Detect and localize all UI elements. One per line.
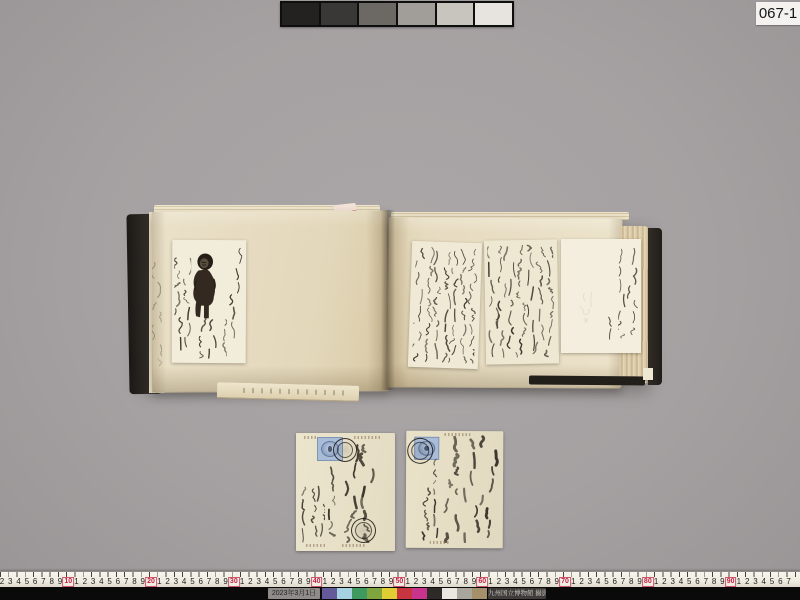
ruler-unit-mark: 8 [629,577,633,586]
ruler-unit-mark: 4 [679,577,683,586]
ruler-unit-mark: 3 [422,577,426,586]
postmark-circle-bottom [351,518,376,543]
ruler-unit-mark: 6 [281,577,285,586]
printed-text-marks [304,436,318,439]
address-calligraphy-large [441,435,500,543]
grayscale-step [398,3,435,25]
ruler-unit-mark: 8 [49,577,53,586]
calligraphy-dense [412,246,478,364]
printed-text-marks [342,544,366,547]
calligraphy-small-column [433,457,443,487]
pasted-card-mostly-blank [561,239,641,353]
grayscale-step [437,3,474,25]
ruler-unit-mark: 7 [704,577,708,586]
ruler-unit-mark: 4 [265,577,269,586]
stamp-center-design [328,446,333,452]
ruler-unit-mark: 1 [654,577,658,586]
ruler-unit-mark: 1 [240,577,244,586]
pasted-letter-card-2 [484,239,559,364]
ink-figure-drawing [185,252,225,330]
ruler-ten-mark: 10 [62,577,74,587]
ruler-unit-mark: 5 [25,577,29,586]
ruler-unit-mark: 3 [588,577,592,586]
ruler-unit-mark: 1 [74,577,78,586]
ruler-numbers: 2345678910123456789201234567893012345678… [0,572,800,587]
faint-handwriting-marks [243,388,351,396]
ruler-unit-mark: 3 [753,577,757,586]
color-patch [442,588,457,599]
ruler-unit-mark: 1 [157,577,161,586]
ruler-unit-mark: 8 [712,577,716,586]
ruler-unit-mark: 3 [174,577,178,586]
color-patch [352,588,367,599]
ruler-unit-mark: 3 [91,577,95,586]
signature-mark [603,315,614,345]
ruler-ten-mark: 40 [311,577,323,587]
ruler-unit-mark: 2 [248,577,252,586]
grayscale-calibration-strip [280,1,514,27]
ruler-unit-mark: 8 [463,577,467,586]
printed-text-marks [444,433,470,436]
album-cover-right [648,228,662,385]
ruler-unit-mark: 4 [99,577,103,586]
postmark-circle [333,438,357,462]
printed-text-marks [430,541,450,544]
printed-text-marks [306,544,326,547]
ruler-unit-mark: 6 [33,577,37,586]
postmark-circle [407,438,433,464]
ruler-unit-mark: 5 [770,577,774,586]
ruler-unit-mark: 6 [612,577,616,586]
ruler-unit-mark: 2 [662,577,666,586]
ruler-unit-mark: 7 [786,577,790,586]
photo-stage: 067-1 [0,0,800,600]
address-calligraphy-middle [326,465,340,537]
loose-postcard-right [406,431,504,549]
ruler-unit-mark: 2 [497,577,501,586]
color-patch [472,588,487,599]
ruler-ten-mark: 70 [559,577,571,587]
ruler-unit-mark: 8 [546,577,550,586]
ruler-unit-mark: 8 [298,577,302,586]
ruler-unit-mark: 5 [356,577,360,586]
ruler-unit-mark: 8 [381,577,385,586]
ruler-unit-mark: 1 [323,577,327,586]
color-patch [382,588,397,599]
sender-calligraphy-small [421,486,439,542]
ruler-unit-mark: 5 [273,577,277,586]
ruler-unit-mark: 1 [737,577,741,586]
ruler-unit-mark: 4 [762,577,766,586]
ruler-unit-mark: 4 [182,577,186,586]
ruler-unit-mark: 2 [165,577,169,586]
ruler-unit-mark: 2 [0,577,4,586]
ruler-ten-mark: 50 [394,577,406,587]
ruler-unit-mark: 6 [695,577,699,586]
ruler-unit-mark: 7 [207,577,211,586]
ruler-unit-mark: 5 [604,577,608,586]
printed-text-marks [354,436,382,439]
ruler-ten-mark: 20 [145,577,157,587]
grayscale-step [282,3,319,25]
ruler-unit-mark: 7 [41,577,45,586]
ruler-unit-mark: 2 [579,577,583,586]
ruler-unit-mark: 7 [372,577,376,586]
photo-id-label: 067-1 [756,2,800,25]
ruler-unit-mark: 5 [439,577,443,586]
ruler-unit-mark: 2 [83,577,87,586]
color-patch [412,588,427,599]
ruler-unit-mark: 8 [215,577,219,586]
color-patch [322,588,337,599]
faint-ghost-marks [577,291,595,323]
ruler-unit-mark: 2 [414,577,418,586]
color-patch [397,588,412,599]
ruler-unit-mark: 4 [430,577,434,586]
table-edge-strip: 2023年3月1日 九州国立博物館 撮影 [0,587,800,600]
sender-calligraphy-small [301,485,325,543]
album-cover-bottom-edge [529,375,645,385]
protruding-page-corner [643,368,653,380]
ruler-unit-mark: 5 [107,577,111,586]
protruding-pages-bottom [217,382,359,402]
ruler-unit-mark: 3 [256,577,260,586]
calligraphy-column-right [229,246,242,341]
ruler-unit-mark: 6 [778,577,782,586]
ruler-unit-mark: 6 [447,577,451,586]
ruler-unit-mark: 1 [405,577,409,586]
color-patch [457,588,472,599]
album-gutter [381,210,395,390]
ruler-unit-mark: 5 [687,577,691,586]
ruler-unit-mark: 1 [571,577,575,586]
calligraphy-columns-right [618,247,638,339]
ruler-unit-mark: 7 [455,577,459,586]
color-patch [427,588,442,599]
ruler-unit-mark: 4 [596,577,600,586]
ruler-unit-mark: 6 [364,577,368,586]
ruler-unit-mark: 6 [198,577,202,586]
color-calibration-patches [322,588,487,599]
ruler-ten-mark: 80 [642,577,654,587]
color-patch [367,588,382,599]
ruler-unit-mark: 4 [348,577,352,586]
grayscale-step [475,3,512,25]
ruler-unit-mark: 5 [521,577,525,586]
ruler-unit-mark: 5 [190,577,194,586]
ruler-unit-mark: 7 [538,577,542,586]
ruler-unit-mark: 2 [745,577,749,586]
calligraphy-dense [487,243,555,358]
open-album [125,200,665,408]
ruler-unit-mark: 3 [8,577,12,586]
pasted-card-figure-drawing [172,240,247,363]
loose-postcard-left [296,433,395,551]
ruler-unit-mark: 6 [530,577,534,586]
ruler-unit-mark: 1 [488,577,492,586]
grayscale-step [359,3,396,25]
ruler-ten-mark: 90 [725,577,737,587]
ruler-unit-mark: 2 [331,577,335,586]
capture-date-label: 2023年3月1日 [268,588,320,599]
ruler-unit-mark: 7 [290,577,294,586]
ruler-unit-mark: 8 [132,577,136,586]
ruler-unit-mark: 6 [116,577,120,586]
ruler-unit-mark: 3 [670,577,674,586]
color-patch [337,588,352,599]
ruler-ten-mark: 60 [476,577,488,587]
ruler-unit-mark: 3 [505,577,509,586]
pasted-letter-card-1 [408,241,482,369]
ruler-unit-mark: 7 [124,577,128,586]
measuring-ruler: 2345678910123456789201234567893012345678… [0,571,800,587]
ruler-unit-mark: 3 [339,577,343,586]
ruler-unit-mark: 4 [513,577,517,586]
museum-credit-label: 九州国立博物館 撮影 [488,588,546,599]
grayscale-step [321,3,358,25]
ruler-unit-mark: 4 [16,577,20,586]
ruler-unit-mark: 7 [621,577,625,586]
ruler-ten-mark: 30 [228,577,240,587]
